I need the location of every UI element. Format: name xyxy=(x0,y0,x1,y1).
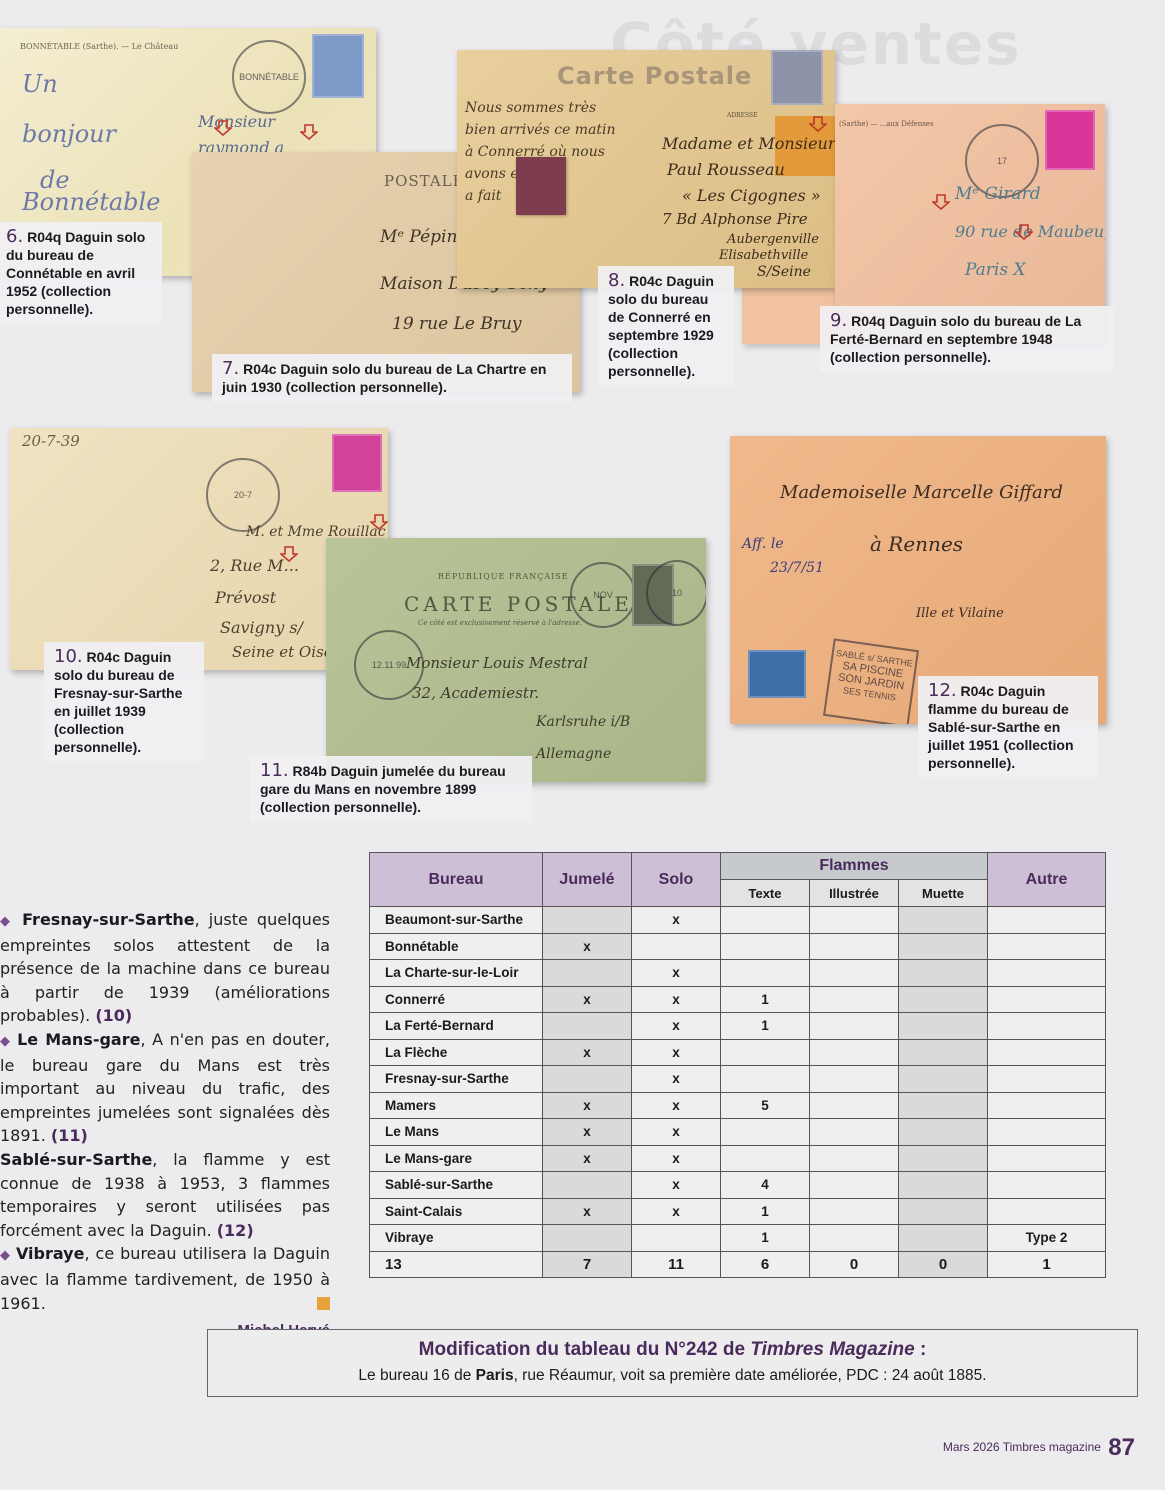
cell-bureau: 13 xyxy=(370,1251,543,1278)
cell-jumele: x xyxy=(543,1145,632,1172)
cell-illustree xyxy=(810,1039,899,1066)
table-row: La Ferté-Bernardx1 xyxy=(370,1013,1106,1040)
cell-solo: x xyxy=(632,1092,721,1119)
table-row: La Flèchexx xyxy=(370,1039,1106,1066)
cell-texte xyxy=(721,960,810,987)
address-line: 19 rue Le Bruy xyxy=(392,314,522,334)
address-line: Madame et Monsieur xyxy=(662,134,835,153)
cell-texte: 1 xyxy=(721,1225,810,1252)
cell-illustree xyxy=(810,1092,899,1119)
article-paragraph: ◆ Vibraye, ce bureau utilisera la Daguin… xyxy=(0,1242,330,1315)
address-line: Paul Rousseau xyxy=(667,160,785,179)
daguin-table: Bureau Jumelé Solo Flammes Autre Texte I… xyxy=(369,852,1106,1278)
cell-muette xyxy=(899,933,988,960)
cell-muette xyxy=(899,1145,988,1172)
header-bureau: Bureau xyxy=(370,853,543,907)
cell-autre xyxy=(988,960,1106,987)
header-flammes: Flammes xyxy=(721,853,988,880)
cell-jumele xyxy=(543,907,632,934)
table-row: Le Mans-garexx xyxy=(370,1145,1106,1172)
paragraph-title: Fresnay-sur-Sarthe xyxy=(22,910,194,929)
red-arrow-icon xyxy=(370,514,388,530)
cell-illustree: 0 xyxy=(810,1251,899,1278)
table-row: Bonnétablex xyxy=(370,933,1106,960)
figure-reference: (10) xyxy=(95,1006,132,1025)
red-arrow-icon xyxy=(300,124,318,140)
cell-illustree xyxy=(810,1145,899,1172)
header-muette: Muette xyxy=(899,880,988,907)
cell-texte xyxy=(721,1119,810,1146)
date-note: 20-7-39 xyxy=(22,432,80,450)
stamp xyxy=(1045,110,1095,170)
caption-7: 7. R04c Daguin solo du bureau de La Char… xyxy=(212,354,572,402)
cell-muette: 0 xyxy=(899,1251,988,1278)
cell-texte: 6 xyxy=(721,1251,810,1278)
cell-solo: x xyxy=(632,1066,721,1093)
modification-box: Modification du tableau du N°242 de Timb… xyxy=(207,1329,1138,1397)
cell-texte xyxy=(721,1039,810,1066)
stamp xyxy=(312,34,364,98)
cell-illustree xyxy=(810,1013,899,1040)
card-note: Ce côté est exclusivement réservé à l'ad… xyxy=(418,619,582,627)
header-texte: Texte xyxy=(721,880,810,907)
cell-texte: 1 xyxy=(721,1198,810,1225)
cell-muette xyxy=(899,1119,988,1146)
postcard-11: RÉPUBLIQUE FRANÇAISE CARTE POSTALE Ce cô… xyxy=(326,538,706,782)
address-line: Monsieur xyxy=(198,112,275,131)
footer-issue: Mars 2026 xyxy=(943,1440,1000,1454)
address-line: Savigny s/ xyxy=(220,618,303,637)
cell-solo: x xyxy=(632,1172,721,1199)
cell-muette xyxy=(899,1172,988,1199)
cell-autre xyxy=(988,1172,1106,1199)
stamp xyxy=(771,50,823,105)
figure-reference: (12) xyxy=(217,1221,254,1240)
cell-muette xyxy=(899,1092,988,1119)
page-footer: Mars 2026 Timbres magazine 87 xyxy=(943,1434,1135,1462)
header-solo: Solo xyxy=(632,853,721,907)
address-line: Aubergenville xyxy=(727,232,819,247)
postmark: NOV xyxy=(570,562,636,628)
caption-9: 9. R04q Daguin solo du bureau de La Fert… xyxy=(820,306,1114,372)
table-row: Le Mansxx xyxy=(370,1119,1106,1146)
cell-jumele: x xyxy=(543,986,632,1013)
address-line: S/Seine xyxy=(757,264,811,280)
cell-texte xyxy=(721,933,810,960)
cell-jumele: x xyxy=(543,1119,632,1146)
address-line: « Les Cigognes » xyxy=(682,186,821,205)
cell-muette xyxy=(899,1198,988,1225)
cell-jumele xyxy=(543,960,632,987)
footer-magazine: Timbres magazine xyxy=(1003,1440,1101,1454)
cell-autre xyxy=(988,1066,1106,1093)
cell-texte: 4 xyxy=(721,1172,810,1199)
cell-solo xyxy=(632,1225,721,1252)
cell-bureau: Saint-Calais xyxy=(370,1198,543,1225)
cell-texte xyxy=(721,907,810,934)
article-paragraph: ◆ Fresnay-sur-Sarthe, juste quelques emp… xyxy=(0,908,330,1028)
cell-solo: x xyxy=(632,960,721,987)
card-header: (Sarthe) — ...aux Défenses xyxy=(839,120,934,128)
message-line: bien arrivés ce matin xyxy=(465,122,616,138)
message-line: a fait xyxy=(465,188,501,204)
paragraph-title: Le Mans-gare xyxy=(17,1030,140,1049)
cell-muette xyxy=(899,1039,988,1066)
cell-muette xyxy=(899,1225,988,1252)
address-line: Ille et Vilaine xyxy=(916,606,1004,621)
diamond-bullet-icon: ◆ xyxy=(0,1034,17,1049)
cell-jumele xyxy=(543,1013,632,1040)
header-autre: Autre xyxy=(988,853,1106,907)
caption-8: 8. R04c Daguin solo du bureau de Connerr… xyxy=(598,266,734,386)
cell-jumele: 7 xyxy=(543,1251,632,1278)
cell-illustree xyxy=(810,986,899,1013)
table-row: Sablé-sur-Sarthex4 xyxy=(370,1172,1106,1199)
red-arrow-icon xyxy=(214,120,232,136)
address-line: Elisabethville xyxy=(719,248,808,263)
address-line: 32, Academiestr. xyxy=(412,684,539,702)
article-paragraph: ◆ Le Mans-gare, A n'en pas en douter, le… xyxy=(0,1028,330,1148)
cell-autre xyxy=(988,1039,1106,1066)
cell-jumele: x xyxy=(543,1039,632,1066)
cell-muette xyxy=(899,1066,988,1093)
article-paragraph: Sablé-sur-Sarthe, la flamme y est connue… xyxy=(0,1148,330,1242)
handwriting-line: Bonnétable xyxy=(22,188,160,216)
cell-solo: x xyxy=(632,1198,721,1225)
address-line: Mademoiselle Marcelle Giffard xyxy=(780,482,1063,503)
stamp xyxy=(748,650,806,698)
postmark: 20-7 xyxy=(206,458,280,532)
cell-solo: x xyxy=(632,1039,721,1066)
cell-texte: 1 xyxy=(721,1013,810,1040)
cell-solo: x xyxy=(632,1119,721,1146)
cell-autre xyxy=(988,1198,1106,1225)
cell-bureau: Sablé-sur-Sarthe xyxy=(370,1172,543,1199)
cell-illustree xyxy=(810,1119,899,1146)
diamond-bullet-icon: ◆ xyxy=(0,1248,16,1263)
cell-bureau: La Flèche xyxy=(370,1039,543,1066)
stamp-overlap xyxy=(516,157,566,215)
address-line: Karlsruhe i/B xyxy=(536,714,630,730)
caption-10: 10. R04c Daguin solo du bureau de Fresna… xyxy=(44,642,204,762)
table-row: Beaumont-sur-Sarthex xyxy=(370,907,1106,934)
cell-solo: x xyxy=(632,907,721,934)
cell-solo: x xyxy=(632,1145,721,1172)
cell-jumele: x xyxy=(543,933,632,960)
cell-illustree xyxy=(810,1066,899,1093)
cell-autre xyxy=(988,1092,1106,1119)
cell-jumele: x xyxy=(543,1198,632,1225)
cell-illustree xyxy=(810,960,899,987)
address-line: Allemagne xyxy=(536,746,611,762)
cell-bureau: Bonnétable xyxy=(370,933,543,960)
redirect-note: Aff. le xyxy=(742,536,784,552)
red-arrow-icon xyxy=(280,546,298,562)
card-header: POSTALE xyxy=(384,172,465,190)
modification-body: Le bureau 16 de Paris, rue Réaumur, voit… xyxy=(208,1367,1137,1385)
handwriting-line: Un xyxy=(22,70,58,98)
handwriting-line: bonjour xyxy=(22,120,116,148)
cell-solo xyxy=(632,933,721,960)
cell-texte: 5 xyxy=(721,1092,810,1119)
cell-autre xyxy=(988,1013,1106,1040)
card-header: Carte Postale xyxy=(557,62,752,90)
table-total-row: 137116001 xyxy=(370,1251,1106,1278)
table-row: Vibraye1Type 2 xyxy=(370,1225,1106,1252)
table-row: Connerréxx1 xyxy=(370,986,1106,1013)
red-arrow-icon xyxy=(1015,224,1033,240)
cell-bureau: Vibraye xyxy=(370,1225,543,1252)
postmark: BONNÉTABLE xyxy=(232,40,306,114)
cell-illustree xyxy=(810,933,899,960)
table-row: Fresnay-sur-Sarthex xyxy=(370,1066,1106,1093)
end-of-article-square-icon xyxy=(317,1297,330,1310)
cell-autre: Type 2 xyxy=(988,1225,1106,1252)
cell-jumele xyxy=(543,1066,632,1093)
diamond-bullet-icon: ◆ xyxy=(0,914,22,929)
stamp xyxy=(332,434,382,492)
address-line: Monsieur Louis Mestral xyxy=(406,654,588,672)
cell-texte xyxy=(721,1066,810,1093)
address-line: Mᵉ Girard xyxy=(955,184,1041,204)
red-arrow-icon xyxy=(932,194,950,210)
address-line: Seine et Oise xyxy=(232,643,333,661)
cell-bureau: Fresnay-sur-Sarthe xyxy=(370,1066,543,1093)
paragraph-title: Sablé-sur-Sarthe xyxy=(0,1150,152,1169)
cell-illustree xyxy=(810,907,899,934)
cell-muette xyxy=(899,907,988,934)
cell-texte xyxy=(721,1145,810,1172)
cell-autre xyxy=(988,933,1106,960)
table-row: Saint-Calaisxx1 xyxy=(370,1198,1106,1225)
paragraph-title: Vibraye xyxy=(16,1244,85,1263)
cell-bureau: Connerré xyxy=(370,986,543,1013)
red-arrow-icon xyxy=(809,116,827,132)
header-jumele: Jumelé xyxy=(543,853,632,907)
header-illustree: Illustrée xyxy=(810,880,899,907)
postmark: 10 xyxy=(646,560,706,626)
cell-bureau: La Ferté-Bernard xyxy=(370,1013,543,1040)
message-line: Nous sommes très xyxy=(465,100,596,116)
cell-jumele xyxy=(543,1225,632,1252)
cell-jumele: x xyxy=(543,1092,632,1119)
table-row: Mamersxx5 xyxy=(370,1092,1106,1119)
cell-autre: 1 xyxy=(988,1251,1106,1278)
cell-muette xyxy=(899,1013,988,1040)
table-row: La Charte-sur-le-Loirx xyxy=(370,960,1106,987)
cell-illustree xyxy=(810,1172,899,1199)
cell-illustree xyxy=(810,1225,899,1252)
cell-autre xyxy=(988,907,1106,934)
postcard-8: Carte Postale ADRESSE Nous sommes très b… xyxy=(457,50,835,288)
cell-solo: 11 xyxy=(632,1251,721,1278)
caption-6: 6. R04q Daguin solo du bureau de Connéta… xyxy=(0,222,162,324)
cell-muette xyxy=(899,986,988,1013)
cell-jumele xyxy=(543,1172,632,1199)
cell-texte: 1 xyxy=(721,986,810,1013)
address-line: Prévost xyxy=(215,588,276,607)
modification-title: Modification du tableau du N°242 de Timb… xyxy=(208,1339,1137,1361)
address-label: ADRESSE xyxy=(727,112,758,119)
figure-reference: (11) xyxy=(51,1126,88,1145)
cell-solo: x xyxy=(632,1013,721,1040)
flamme-postmark: SABLÉ s/ SARTHE SA PISCINE SON JARDIN SE… xyxy=(823,638,919,724)
redirect-note: 23/7/51 xyxy=(770,560,824,576)
address-line: à Rennes xyxy=(870,532,963,556)
caption-11: 11. R84b Daguin jumelée du bureau gare d… xyxy=(250,756,532,822)
cell-bureau: Beaumont-sur-Sarthe xyxy=(370,907,543,934)
cell-muette xyxy=(899,960,988,987)
cell-bureau: Le Mans-gare xyxy=(370,1145,543,1172)
cell-autre xyxy=(988,986,1106,1013)
cell-bureau: Mamers xyxy=(370,1092,543,1119)
cell-bureau: Le Mans xyxy=(370,1119,543,1146)
address-line: 7 Bd Alphonse Pire xyxy=(662,210,808,228)
cell-solo: x xyxy=(632,986,721,1013)
card-header: BONNÉTABLE (Sarthe). — Le Château xyxy=(20,42,178,51)
address-line: Paris X xyxy=(965,260,1026,280)
caption-12: 12. R04c Daguin flamme du bureau de Sabl… xyxy=(918,676,1098,778)
cell-illustree xyxy=(810,1198,899,1225)
article-text: ◆ Fresnay-sur-Sarthe, juste quelques emp… xyxy=(0,908,330,1343)
cell-bureau: La Charte-sur-le-Loir xyxy=(370,960,543,987)
card-republic: RÉPUBLIQUE FRANÇAISE xyxy=(438,572,569,581)
cell-autre xyxy=(988,1119,1106,1146)
cell-autre xyxy=(988,1145,1106,1172)
page-number: 87 xyxy=(1108,1434,1135,1461)
